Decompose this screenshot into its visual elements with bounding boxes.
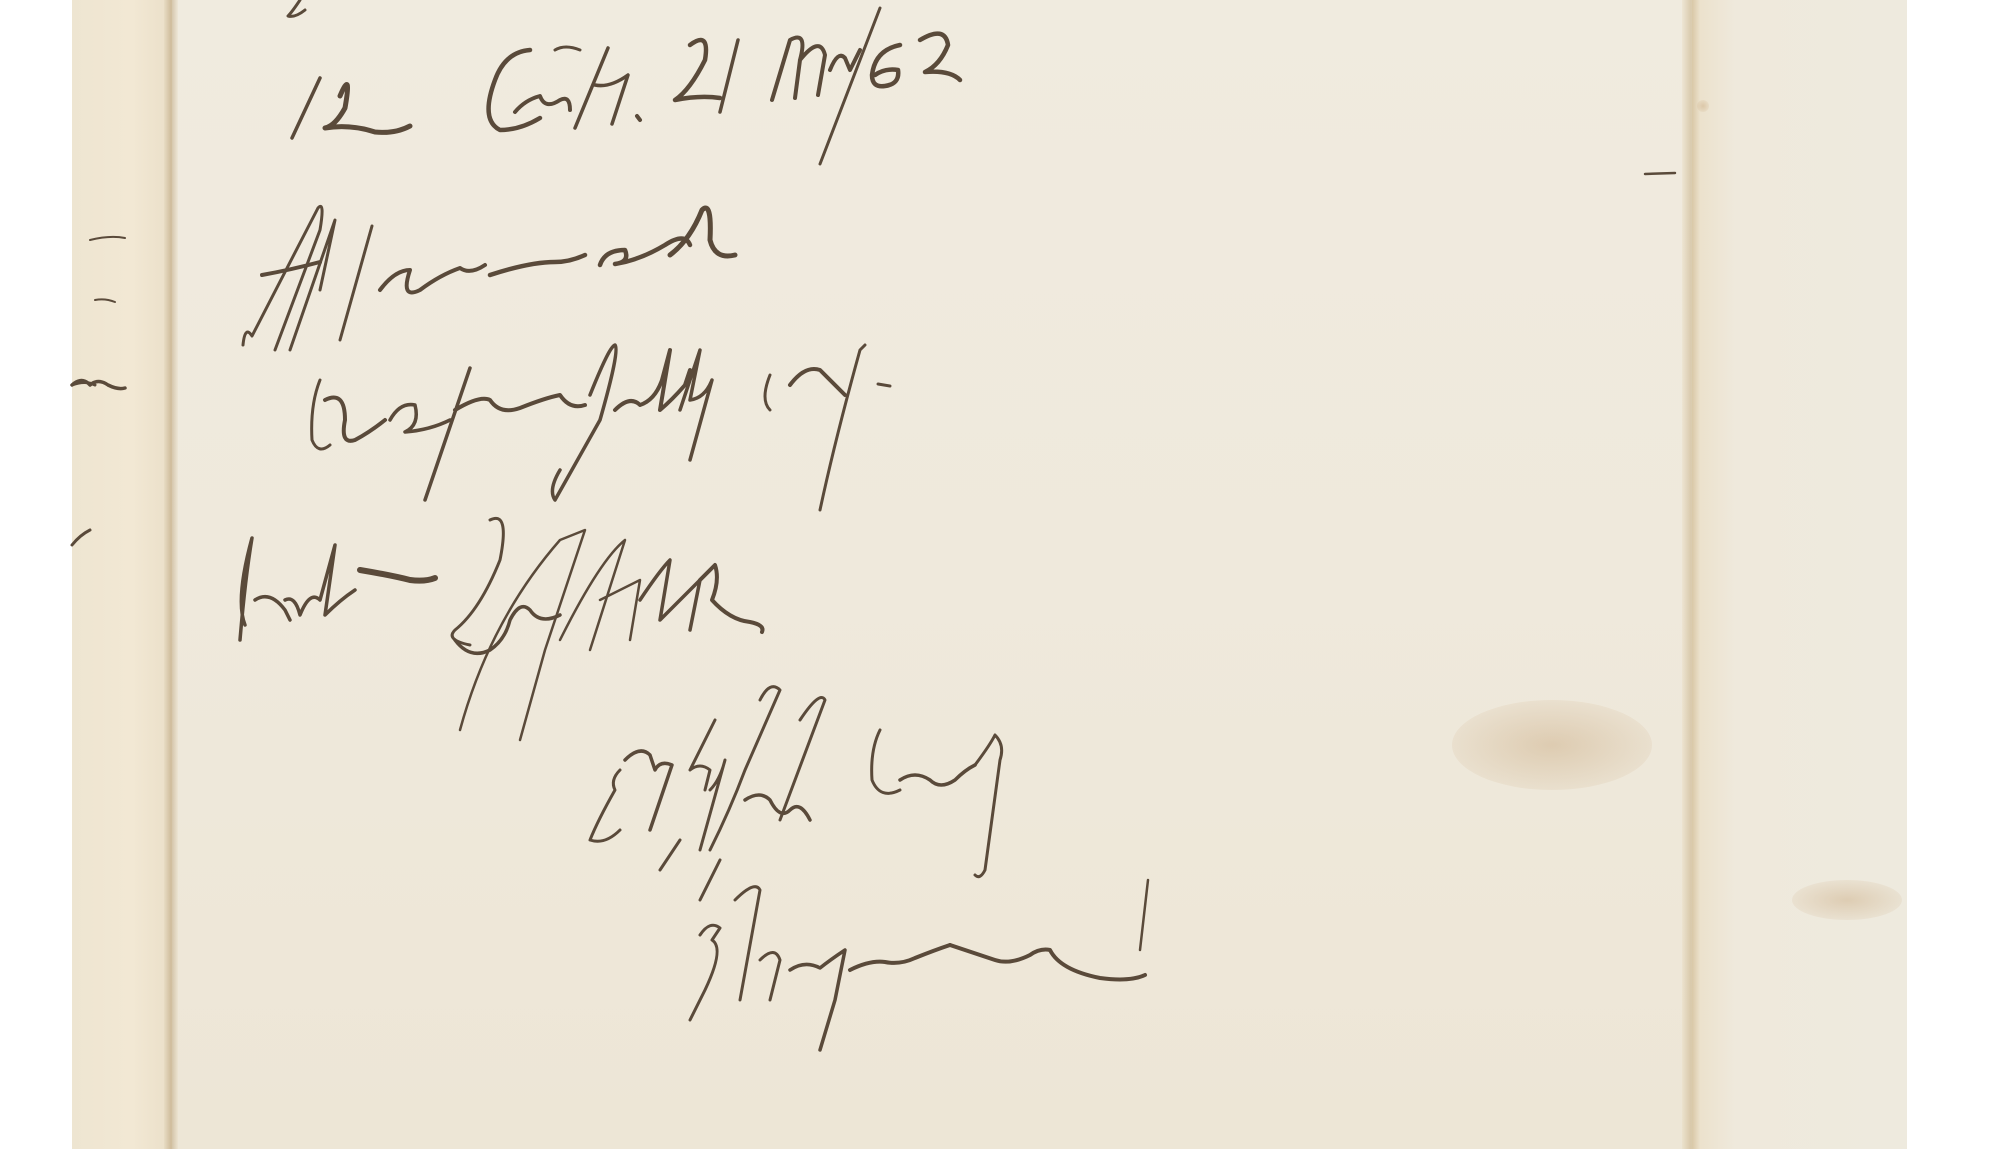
line-7-postscript: 3 M Grade — [700, 900, 1132, 993]
top-fragment-stroke — [555, 47, 580, 50]
line-2-approved: Approved and — [243, 210, 809, 303]
line-3-respectfully: Respectfully for- — [310, 360, 980, 453]
top-fragment-stroke — [288, 0, 305, 16]
line-1-header: 12 Cents. 21 Nov/62 — [290, 55, 1017, 137]
line-5-signature: Geo B McC — [760, 540, 1274, 645]
line-4-warded: warded — [240, 540, 544, 633]
line-6-title: Maj Genl Comdg — [560, 730, 1241, 823]
left-margin-fragment: on — [72, 360, 122, 406]
right-margin-dash — [1645, 173, 1675, 174]
